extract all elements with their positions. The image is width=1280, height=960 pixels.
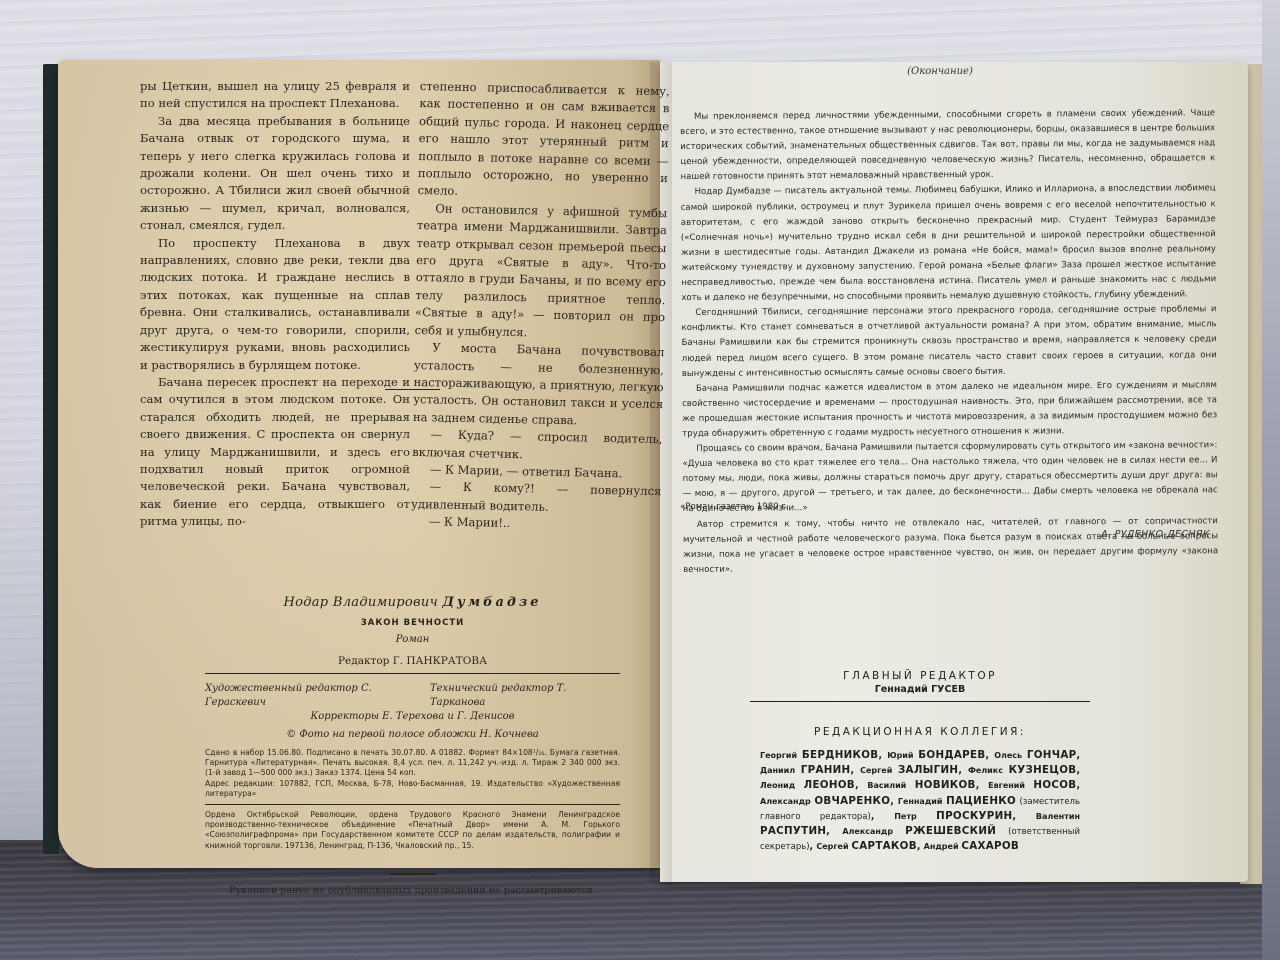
board-member-last-name: ОВЧАРЕНКО — [814, 795, 890, 807]
author-name: Нодар Владимирович Думбадзе — [205, 595, 620, 610]
board-member-first-name: Александр — [760, 797, 814, 806]
chief-editor-name: Геннадий ГУСЕВ — [750, 684, 1090, 695]
board-member-last-name: ПРОСКУРИН — [936, 810, 1012, 822]
art-editor-credit: Художественный редактор С. Гераскевич — [205, 682, 430, 710]
board-member-first-name: Валентин — [1036, 812, 1080, 821]
left-col2-paragraph: степенно приспосабливается к нему, как п… — [417, 78, 669, 205]
board-member-last-name: САРТАКОВ — [851, 840, 916, 852]
board-member-last-name: САХАРОВ — [961, 840, 1019, 852]
book-genre: Роман — [205, 634, 620, 645]
left-col1-paragraph: За два месяца пребывания в больнице Бача… — [140, 113, 410, 235]
left-page-column-2: степенно приспосабливается к нему, как п… — [411, 78, 670, 536]
printer-info: Ордена Октябрьской Революции, ордена Тру… — [205, 810, 620, 851]
left-col1-paragraph: ры Цеткин, вышел на улицу 25 февраля и п… — [140, 78, 410, 113]
board-member-last-name: БЕРДНИКОВ — [802, 749, 879, 761]
board-member-first-name: Даниил — [760, 766, 801, 775]
left-page-column-1: ры Цеткин, вышел на улицу 25 февраля и п… — [140, 78, 410, 531]
board-member-last-name: ГРАНИН — [801, 764, 851, 776]
board-member-first-name: Олесь — [994, 751, 1027, 760]
afterword-paragraph: Нодар Думбадзе — писатель актуальной тем… — [681, 182, 1217, 306]
editorial-board-list: Георгий БЕРДНИКОВ, Юрий БОНДАРЕВ, Олесь … — [750, 748, 1090, 854]
proofreaders-credit: Корректоры Е. Терехова и Г. Денисов — [205, 710, 620, 724]
board-member-first-name: Петр — [894, 812, 936, 821]
afterword-paragraph: Сегодняшний Тбилиси, сегодняшние персона… — [681, 302, 1217, 381]
board-member-last-name: КУЗНЕЦОВ — [1009, 764, 1077, 776]
left-col1-paragraph: Бачана пересек проспект на переходе и са… — [140, 374, 410, 531]
board-member-first-name: Евгений — [988, 781, 1033, 790]
board-member-last-name: ЗАЛЫГИН — [898, 764, 958, 776]
board-member-first-name: Андрей — [924, 842, 962, 851]
left-col2-paragraph: Он остановился у афишной тумбы театра им… — [415, 200, 668, 344]
afterword-paragraph: Бачана Рамишвили подчас кажется идеалист… — [682, 378, 1217, 442]
board-member-first-name: Феликс — [968, 766, 1009, 775]
book-cover-left — [43, 64, 59, 854]
board-member-last-name: БОНДАРЕВ — [918, 749, 985, 761]
left-col2-paragraph: У моста Бачана почувствовал усталость — … — [413, 339, 665, 431]
left-col2-paragraph: — Куда? — спросил водитель, включая счет… — [412, 426, 663, 466]
board-member-first-name: Сергей — [860, 766, 898, 775]
board-member-first-name: Георгий — [760, 751, 802, 760]
colophon-rule — [205, 673, 620, 674]
board-member-last-name: РАСПУТИН — [760, 825, 826, 837]
board-member-first-name: Сергей — [816, 842, 851, 851]
board-member-first-name: Юрий — [887, 751, 918, 760]
table-surface-edge — [1262, 0, 1280, 960]
author-first-name: Нодар Владимирович — [283, 595, 438, 610]
masthead: ГЛАВНЫЙ РЕДАКТОР Геннадий ГУСЕВ РЕДАКЦИО… — [750, 670, 1090, 854]
board-member-last-name: ЛЕОНОВ — [804, 779, 855, 791]
photo-credit: © Фото на первой полосе обложки Н. Кочне… — [205, 728, 620, 742]
left-col1-paragraph: По проспекту Плеханова в двух направлени… — [140, 235, 410, 374]
source-citation: «Роман-газета», 1980 г. — [680, 500, 980, 515]
masthead-rule — [750, 701, 1090, 702]
print-details: Сдано в набор 15.06.80. Подписано в печа… — [205, 748, 620, 779]
publisher-address: Адрес редакции: 107882, ГСП, Москва, Б-7… — [205, 779, 620, 799]
board-member-last-name: ГОНЧАР — [1027, 749, 1077, 761]
chief-editor-title: ГЛАВНЫЙ РЕДАКТОР — [750, 670, 1090, 682]
author-last-name: Думбадзе — [442, 595, 541, 610]
section-divider — [385, 389, 440, 390]
board-member-first-name: Александр — [842, 827, 905, 836]
afterword-signature: А. РУДЕНКО-ДЕСНЯК — [1000, 529, 1210, 540]
editorial-board-title: РЕДАКЦИОННАЯ КОЛЛЕГИЯ: — [750, 726, 1090, 738]
afterword-paragraph: Автор стремится к тому, чтобы ничто не о… — [683, 514, 1218, 578]
board-member-last-name: НОСОВ — [1033, 779, 1076, 791]
tech-editor-credit: Технический редактор Т. Тарканова — [430, 682, 620, 710]
editor-credit: Редактор Г. ПАНКРАТОВА — [205, 655, 620, 667]
manuscripts-note: Рукописи ранее не опубликованных произве… — [205, 885, 620, 896]
conclusion-heading: (Окончание) — [870, 66, 1010, 77]
book-title: ЗАКОН ВЕЧНОСТИ — [205, 618, 620, 628]
colophon-rule-2 — [205, 804, 620, 805]
board-member-first-name: Леонид — [760, 781, 804, 790]
board-member-last-name: ПАЦИЕНКО — [946, 795, 1016, 807]
board-member-last-name: РЖЕШЕВСКИЙ — [905, 825, 996, 837]
board-member-last-name: НОВИКОВ — [915, 779, 976, 791]
afterword-paragraph: Мы преклоняемся перед личностями убежден… — [680, 106, 1216, 185]
credits-block: Художественный редактор С. Гераскевич Те… — [205, 682, 620, 742]
short-divider — [390, 873, 436, 875]
board-member-first-name: Геннадий — [898, 797, 946, 806]
colophon: Нодар Владимирович Думбадзе ЗАКОН ВЕЧНОС… — [205, 595, 620, 896]
left-col2-paragraph: — К кому?! — повернулся удивленный водит… — [411, 478, 662, 518]
board-member-first-name: Василий — [867, 781, 914, 790]
